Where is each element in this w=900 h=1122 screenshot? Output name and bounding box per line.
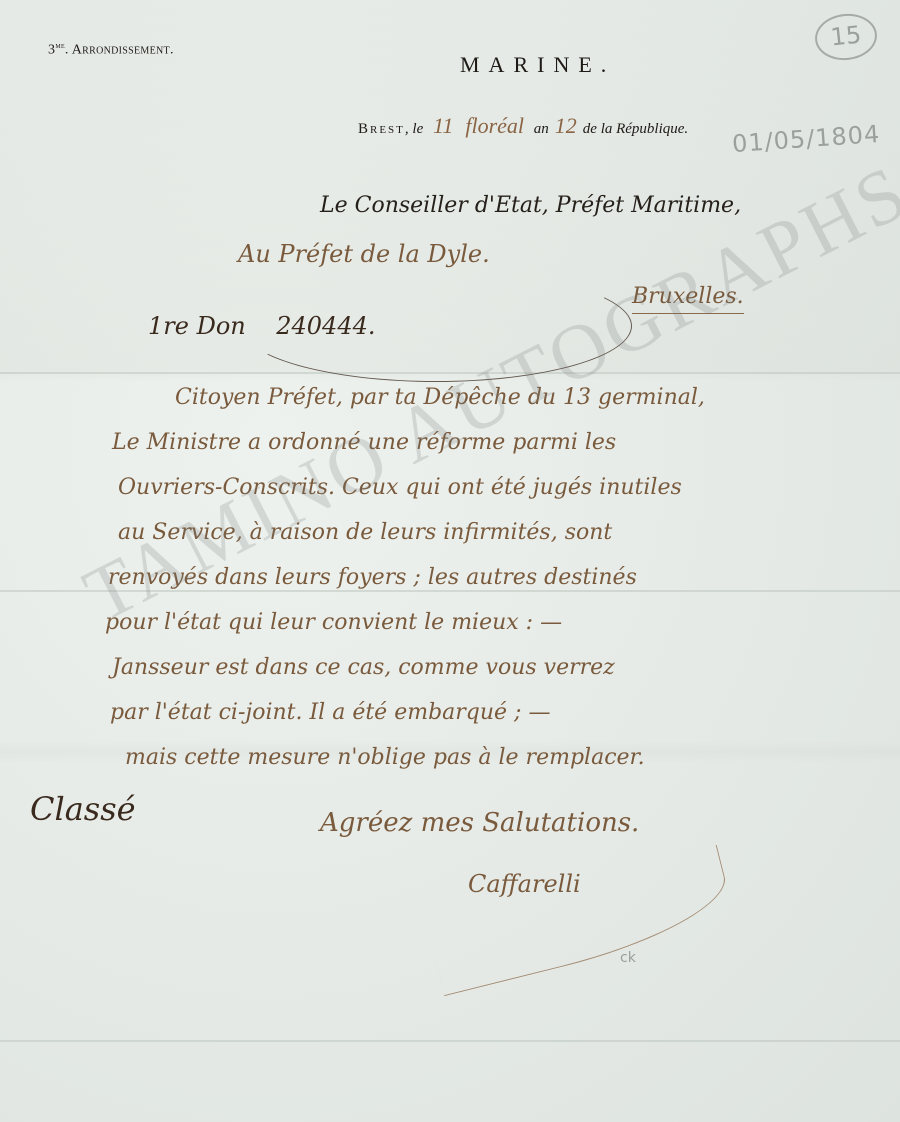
arrondissement-suffix: me	[55, 40, 65, 50]
addressee: Au Préfet de la Dyle.	[238, 240, 490, 268]
body-line: par l'état ci-joint. Il a été embarqué ;…	[110, 700, 550, 725]
closing-salutation: Agréez mes Salutations.	[320, 808, 639, 838]
signature: Caffarelli	[468, 870, 581, 898]
handwritten-year: 12	[555, 113, 577, 139]
folio-number-circled: 15	[813, 11, 879, 63]
handwritten-month: floréal	[465, 113, 524, 139]
pencil-converted-date: 01/05/1804	[731, 120, 881, 158]
letter-page: 3me. Arrondissement. MARINE. Brest, le 1…	[0, 0, 900, 1122]
body-line: pour l'état qui leur convient le mieux :…	[105, 610, 562, 635]
department-title: MARINE.	[460, 52, 615, 78]
sender-title: Le Conseiller d'Etat, Préfet Maritime,	[320, 193, 741, 218]
arrondissement-header: 3me. Arrondissement.	[48, 40, 174, 59]
signature-flourish	[425, 845, 737, 996]
date-prefix: , le	[405, 121, 423, 137]
place: Brest	[358, 121, 405, 137]
margin-note-filed: Classé	[30, 790, 136, 828]
body-line: Jansseur est dans ce cas, comme vous ver…	[112, 655, 615, 680]
pencil-mark: ck	[620, 950, 636, 966]
year-prefix: an	[534, 121, 549, 137]
year-suffix: de la République.	[583, 121, 688, 137]
dateline: Brest, le 11floréal an12de la République…	[358, 113, 688, 139]
arrondissement-label: . Arrondissement.	[65, 43, 174, 58]
body-line: mais cette mesure n'oblige pas à le remp…	[125, 745, 645, 770]
reference-number: 1re Don 240444.	[148, 312, 376, 340]
registry-number: 240444.	[276, 312, 375, 340]
paper-fold-line	[0, 1040, 900, 1042]
division: 1re Don	[148, 312, 246, 340]
handwritten-day: 11	[433, 113, 453, 139]
